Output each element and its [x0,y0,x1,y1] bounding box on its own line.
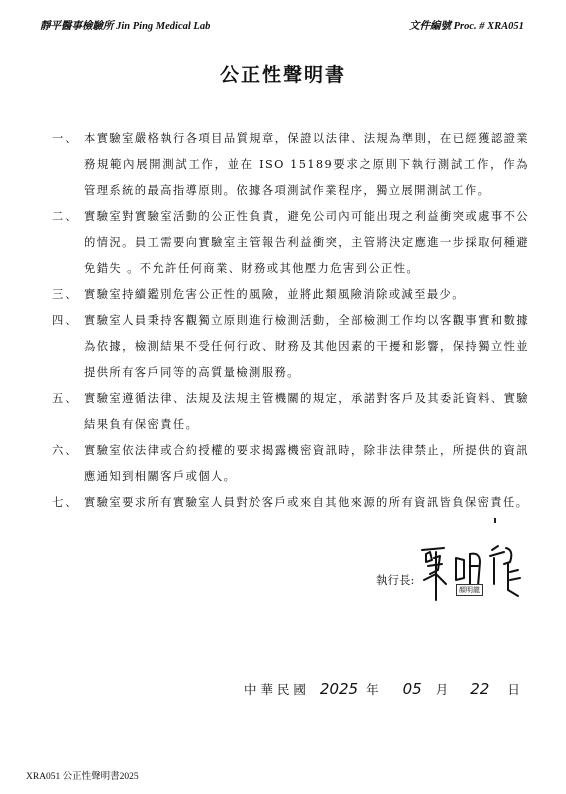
date-year-unit: 年 [366,680,379,698]
clause-text: 實驗室持續鑑別危害公正性的風險，並將此類風險消除或減至最少。 [84,282,529,308]
date-day-handwritten: 22 [470,680,489,698]
clause-number: 四、 [52,308,79,334]
clause-item: 七、 實驗室要求所有實驗室人員對於客戶或來自其他來源的所有資訊皆負保密責任。 [0,490,566,516]
date-month-handwritten: 05 [403,680,422,698]
clause-text: 實驗室依法律或合約授權的要求揭露機密資訊時，除非法律禁止，所提供的資訊應通知到相… [84,438,529,490]
header-document-number: 文件編號 Proc. # XRA051 [409,18,524,33]
page-title: 公正性聲明書 [0,60,566,87]
clause-item: 四、 實驗室人員秉持客觀獨立原則進行檢測活動，全部檢測工作均以客觀事實和數據為依… [0,308,566,386]
scan-speck [494,518,496,523]
signer-seal: 顏明龍 [456,584,483,596]
signature-block: 執行長: 顏明龍 [376,560,536,620]
clause-text: 實驗室人員秉持客觀獨立原則進行檢測活動，全部檢測工作均以客觀事實和數據為依據，檢… [84,308,529,386]
date-year-handwritten: 2025 [320,680,358,698]
header-lab-name: 靜平醫事檢驗所 Jin Ping Medical Lab [40,18,210,33]
date-era: 中 華 民 國 [244,680,306,698]
clause-text: 本實驗室嚴格執行各項目品質規章，保證以法律、法規為準則，在已經獲認證業務規範內展… [84,126,529,204]
footer-document-id: XRA051 公正性聲明書2025 [26,768,139,782]
clause-item: 一、 本實驗室嚴格執行各項目品質規章，保證以法律、法規為準則，在已經獲認證業務規… [0,126,566,204]
clause-item: 五、 實驗室遵循法律、法規及法規主管機關的規定，承諾對客戶及其委託資料、實驗結果… [0,386,566,438]
clause-number: 三、 [52,282,79,308]
clause-number: 七、 [52,490,79,516]
clause-number: 二、 [52,204,79,230]
clause-number: 一、 [52,126,79,152]
clause-text: 實驗室遵循法律、法規及法規主管機關的規定，承諾對客戶及其委託資料、實驗結果負有保… [84,386,529,438]
clause-list: 一、 本實驗室嚴格執行各項目品質規章，保證以法律、法規為準則，在已經獲認證業務規… [0,126,566,516]
clause-number: 六、 [52,438,79,464]
clause-item: 三、 實驗室持續鑑別危害公正性的風險，並將此類風險消除或減至最少。 [0,282,566,308]
clause-text: 實驗室對實驗室活動的公正性負責，避免公司內可能出現之利益衝突或處事不公的情況。員… [84,204,529,282]
date-row: 中 華 民 國 2025 年 05 月 22 日 [244,680,520,698]
clause-text: 實驗室要求所有實驗室人員對於客戶或來自其他來源的所有資訊皆負保密責任。 [84,490,529,516]
date-day-unit: 日 [507,680,520,698]
signature-label: 執行長: [376,572,414,588]
clause-item: 二、 實驗室對實驗室活動的公正性負責，避免公司內可能出現之利益衝突或處事不公的情… [0,204,566,282]
clause-item: 六、 實驗室依法律或合約授權的要求揭露機密資訊時，除非法律禁止，所提供的資訊應通… [0,438,566,490]
date-month-unit: 月 [436,680,449,698]
clause-number: 五、 [52,386,79,412]
